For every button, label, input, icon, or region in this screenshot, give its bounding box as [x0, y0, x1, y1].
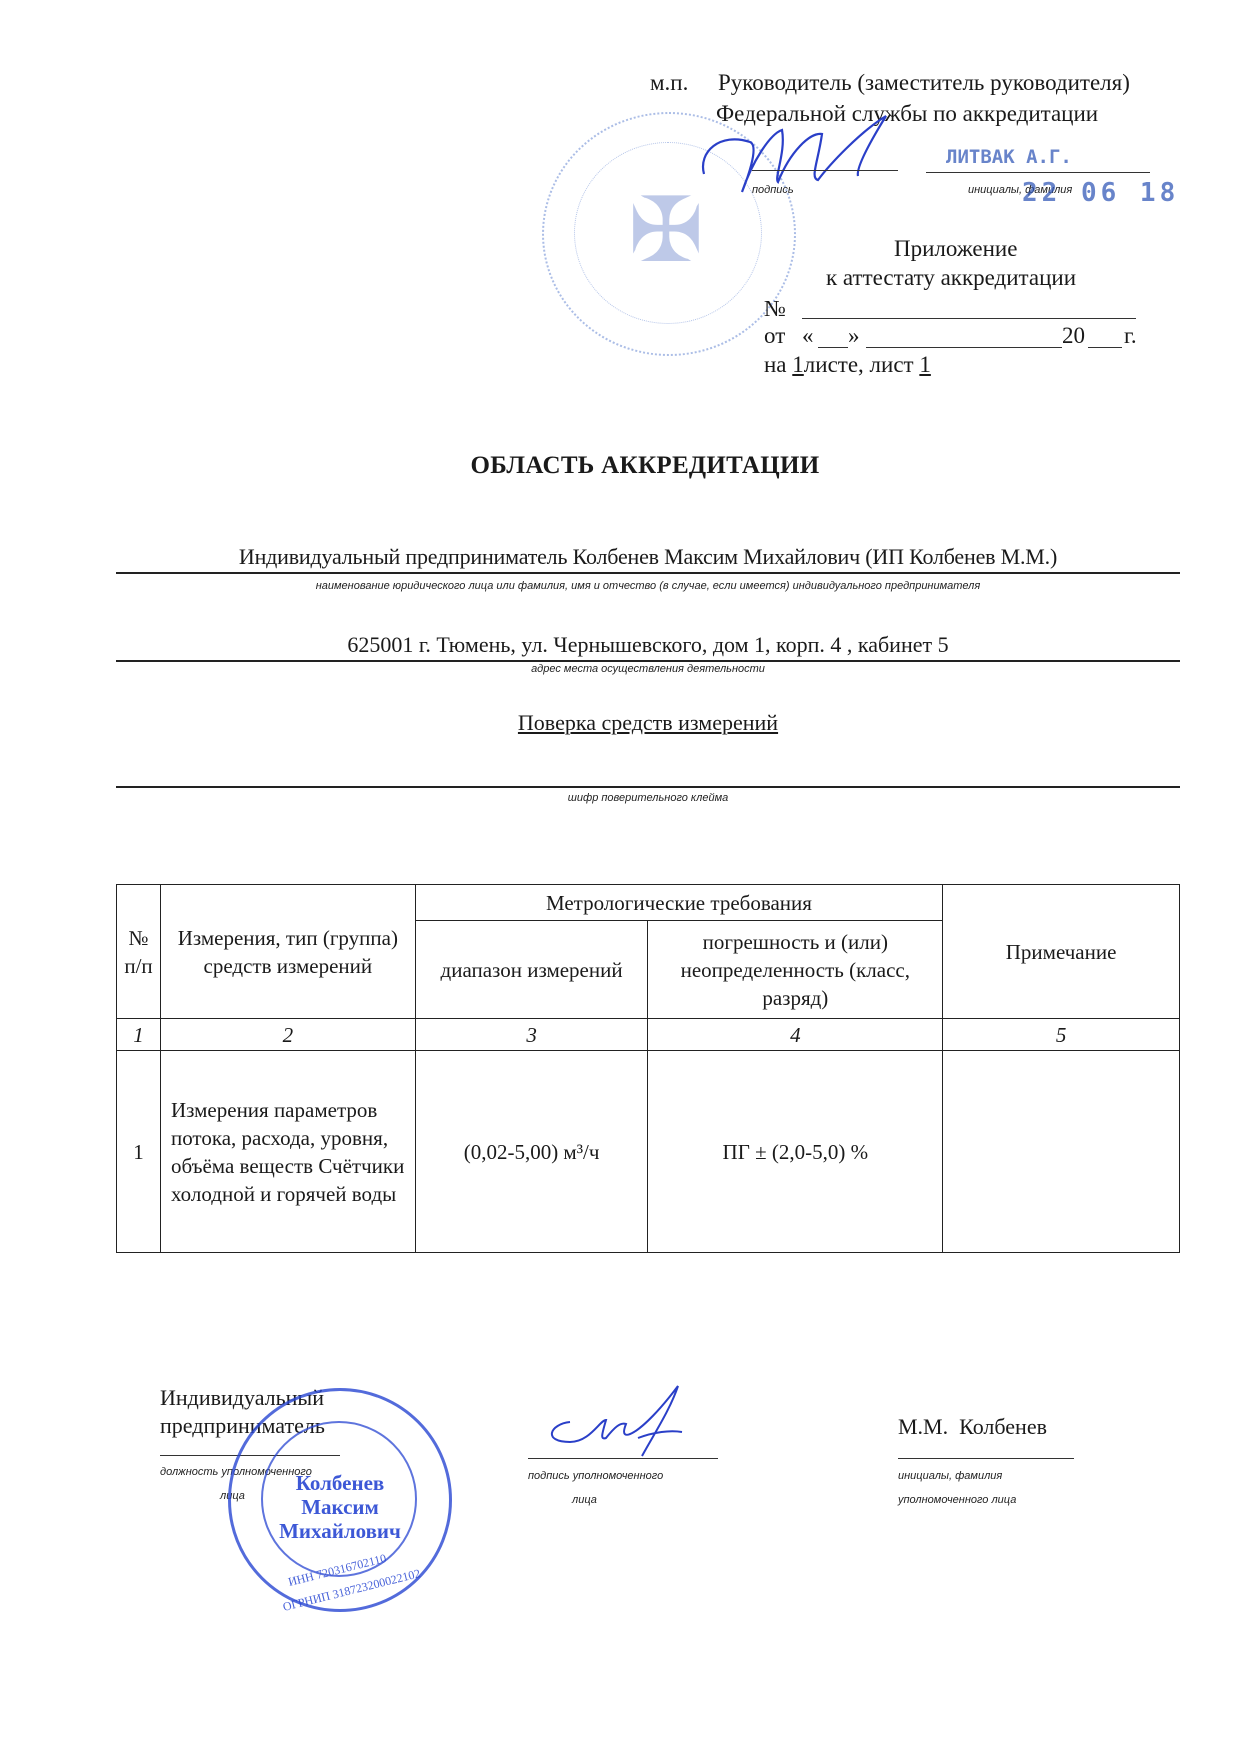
ip-round-stamp: Колбенев Максим Михайлович ИНН 720316702… — [228, 1388, 452, 1612]
number-label: № — [764, 296, 786, 322]
header-num: № п/п — [117, 885, 161, 1019]
year-prefix: 20 — [1062, 323, 1085, 349]
sheets-mid: листе, лист — [804, 352, 914, 377]
date-day-line — [818, 347, 848, 348]
column-number: 2 — [160, 1019, 415, 1051]
date-stamp: 22 06 18 — [1022, 178, 1179, 208]
header-measurement-type: Измерения, тип (группа) средств измерени… — [160, 885, 415, 1019]
name-caption-line2: уполномоченного лица — [898, 1494, 1016, 1506]
date-month-line — [866, 347, 1062, 348]
column-number: 1 — [117, 1019, 161, 1051]
appendix-title: Приложение — [894, 236, 1017, 262]
year-line — [1088, 347, 1122, 348]
accreditation-scope-table: № п/п Измерения, тип (группа) средств из… — [116, 884, 1180, 1253]
initials-stamp: ЛИТВАК А.Г. — [946, 146, 1072, 168]
address: 625001 г. Тюмень, ул. Чернышевского, дом… — [116, 632, 1180, 658]
head-signature — [690, 112, 910, 202]
appendix-subtitle: к аттестату аккредитации — [826, 265, 1076, 291]
signature-caption-line2: лица — [572, 1494, 597, 1506]
entity-name: Индивидуальный предприниматель Колбенев … — [116, 544, 1180, 570]
header-metrological-requirements: Метрологические требования — [415, 885, 943, 921]
signature-caption: подпись — [752, 184, 794, 196]
name-caption-line1: инициалы, фамилия — [898, 1470, 1002, 1482]
row-measurement-type: Измерения параметров потока, расхода, ур… — [160, 1051, 415, 1253]
date-quote-open: « — [802, 323, 814, 349]
column-number: 5 — [943, 1019, 1180, 1051]
date-prefix: от — [764, 323, 785, 349]
stamp-name: Колбенев Максим Михайлович — [231, 1471, 449, 1543]
sheet-number: 1 — [919, 352, 931, 377]
number-line — [802, 318, 1136, 319]
ip-signature — [530, 1380, 730, 1460]
row-range: (0,02-5,00) м³/ч — [415, 1051, 648, 1253]
column-number-row: 1 2 3 4 5 — [117, 1019, 1180, 1051]
row-accuracy: ПГ ± (2,0-5,0) % — [648, 1051, 943, 1253]
initials-line — [926, 172, 1150, 173]
address-caption: адрес места осуществления деятельности — [116, 663, 1180, 675]
header-note: Примечание — [943, 885, 1180, 1019]
signer-name: М.М. Колбенев — [898, 1414, 1047, 1440]
activity: Поверка средств измерений — [116, 710, 1180, 736]
entity-line — [116, 572, 1180, 574]
signer-name-line — [898, 1458, 1074, 1459]
stamp-code-line — [116, 786, 1180, 788]
signature-caption-line1: подпись уполномоченного — [528, 1470, 663, 1482]
row-note — [943, 1051, 1180, 1253]
row-num: 1 — [117, 1051, 161, 1253]
table-row: 1 Измерения параметров потока, расхода, … — [117, 1051, 1180, 1253]
column-number: 3 — [415, 1019, 648, 1051]
header-accuracy: погрешность и (или) неопределенность (кл… — [648, 921, 943, 1019]
page-title: ОБЛАСТЬ АККРЕДИТАЦИИ — [0, 452, 1240, 480]
year-suffix: г. — [1124, 323, 1137, 349]
column-number: 4 — [648, 1019, 943, 1051]
sheets-count: 1 — [792, 352, 804, 377]
date-quote-close: » — [848, 323, 860, 349]
head-signature-line — [752, 170, 898, 171]
signature-line — [528, 1458, 718, 1459]
sheets-prefix: на — [764, 352, 787, 377]
header-range: диапазон измерений — [415, 921, 648, 1019]
entity-caption: наименование юридического лица или фамил… — [116, 580, 1180, 592]
stamp-code-caption: шифр поверительного клейма — [116, 792, 1180, 804]
mp-label: м.п. — [650, 70, 688, 96]
address-line — [116, 660, 1180, 662]
sheets-info: на 1листе, лист 1 — [764, 352, 931, 378]
head-title-line1: Руководитель (заместитель руководителя) — [718, 70, 1130, 96]
